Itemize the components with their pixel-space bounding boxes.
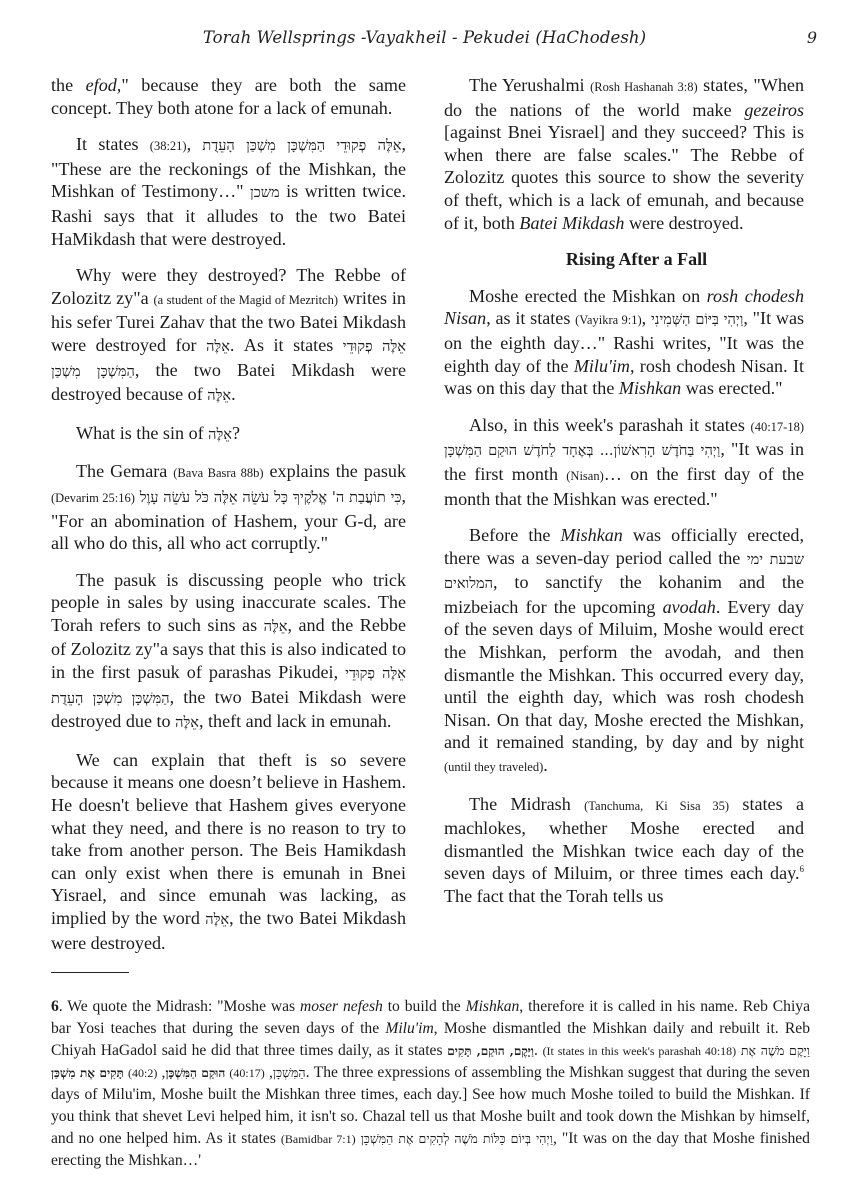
hebrew-quote: וַיְהִי בַּחֹדֶשׁ הָרִאשׁוֹן... בְּאֶחָד… [444, 443, 720, 459]
text: The fact that the Torah tells us [444, 886, 663, 906]
paragraph: We can explain that theft is so severe b… [51, 749, 406, 954]
italic-term: Mishkan [619, 378, 681, 398]
text: . [543, 755, 548, 775]
hebrew-word: אֵלֶּה [264, 619, 288, 635]
text: . [231, 384, 236, 404]
hebrew-quote: הוּקַם הַמִּשְׁכָּן [165, 1066, 225, 1080]
hebrew-word: אֵלֶּה [175, 715, 199, 731]
paragraph: It states (38:21), אֵלֶּה פְקוּדֵי הַמִּ… [51, 133, 406, 250]
hebrew-quote: אֵלֶּה פְקוּדֵי הַמִּשְׁכָּן מִשְׁכַּן ה… [202, 138, 401, 154]
right-column: The Yerushalmi (Rosh Hashanah 3:8) state… [444, 74, 804, 922]
text: explains the pasuk [264, 461, 406, 481]
text: , as it states [486, 308, 575, 328]
text: . [534, 1042, 543, 1059]
text: Moshe erected the Mishkan on [469, 286, 707, 306]
text: was erected." [681, 378, 782, 398]
footnote-number: 6 [51, 998, 59, 1015]
hebrew-word: אֵלֶּה [206, 339, 230, 355]
italic-term: Milu'im [574, 356, 630, 376]
citation: (Bamidbar 7:1) [281, 1132, 356, 1146]
hebrew-word: אֵלֶּה [207, 388, 231, 404]
citation: (a student of the Magid of Mezritch) [153, 293, 338, 307]
citation: (It states in this week's parashah 40:18… [543, 1044, 737, 1058]
left-column: the efod," because they are both the sam… [51, 74, 406, 968]
paragraph: Why were they destroyed? The Rebbe of Zo… [51, 264, 406, 408]
text: It states [76, 134, 150, 154]
text: ? [232, 423, 240, 443]
text: the [51, 75, 86, 95]
text: were destroyed. [624, 213, 743, 233]
paragraph: The Midrash (Tanchuma, Ki Sisa 35) state… [444, 793, 804, 908]
text: The Yerushalmi [469, 75, 590, 95]
italic-term: efod, [86, 75, 122, 95]
text: , [187, 134, 203, 154]
citation: (40:17) [229, 1066, 264, 1080]
text: . As it states [230, 335, 343, 355]
citation: (40:17-18) [751, 420, 804, 434]
paragraph: The Gemara (Bava Basra 88b) explains the… [51, 460, 406, 554]
citation: (40:2) [128, 1066, 157, 1080]
italic-term: Mishkan [466, 998, 520, 1015]
paragraph: The pasuk is discussing people who trick… [51, 569, 406, 735]
citation: (Vayikra 9:1) [575, 313, 642, 327]
italic-term: avodah [663, 597, 716, 617]
hebrew-word: אֵלֶּה [205, 912, 229, 928]
paragraph: Before the Mishkan was officially erecte… [444, 524, 804, 779]
citation: (Tanchuma, Ki Sisa 35) [584, 799, 729, 813]
text: We can explain that theft is so severe b… [51, 750, 406, 928]
running-header: Torah Wellsprings -Vayakheil - Pekudei (… [0, 28, 849, 52]
citation: (Bava Basra 88b) [173, 466, 263, 480]
footnote-separator [51, 972, 129, 973]
paragraph: Also, in this week's parashah it states … [444, 414, 804, 510]
citation: (38:21) [150, 139, 187, 153]
citation: (until they traveled) [444, 760, 543, 774]
paragraph: Moshe erected the Mishkan on rosh chodes… [444, 285, 804, 400]
text: , theft and lack in emunah. [199, 711, 391, 731]
page-number: 9 [807, 28, 817, 47]
hebrew-quote: וַיָּקֶם, הוּקַם, תָּקִים [447, 1044, 534, 1058]
italic-term: moser nefesh [300, 998, 383, 1015]
text: . We quote the Midrash: "Moshe was [59, 998, 300, 1015]
italic-term: Batei Mikdash [519, 213, 624, 233]
text: The Midrash [469, 794, 584, 814]
header-title: Torah Wellsprings -Vayakheil - Pekudei (… [0, 28, 849, 47]
footnote-6: 6. We quote the Midrash: "Moshe was mose… [51, 996, 810, 1172]
hebrew-quote: וַיְהִי בַּיּוֹם הַשְּׁמִינִי [651, 312, 743, 328]
italic-term: gezeiros [744, 100, 804, 120]
document-page: Torah Wellsprings -Vayakheil - Pekudei (… [0, 0, 849, 1200]
paragraph: The Yerushalmi (Rosh Hashanah 3:8) state… [444, 74, 804, 234]
text: What is the sin of [76, 423, 208, 443]
hebrew-word: משכן [250, 185, 280, 201]
text: Also, in this week's parashah it states [469, 415, 751, 435]
hebrew-quote: תָּקִים אֶת מִשְׁכַּן [51, 1066, 124, 1080]
hebrew-quote: כִּי תוֹעֲבַת ה' אֱלֹקֶיךָ כָּל עֹשֵׂה א… [140, 490, 402, 506]
citation: (Rosh Hashanah 3:8) [590, 80, 698, 94]
hebrew-quote: וַיְהִי בְּיוֹם כַּלּוֹת מֹשֶׁה לְהָקִים… [361, 1131, 553, 1146]
text: Before the [469, 525, 561, 545]
hebrew-word: אֵלֶּה [208, 427, 232, 443]
text: , [642, 308, 651, 328]
text: , [265, 1064, 273, 1081]
italic-term: Milu'im [385, 1020, 433, 1037]
section-heading: Rising After a Fall [444, 248, 804, 271]
citation: (Nisan) [566, 469, 604, 483]
paragraph: the efod," because they are both the sam… [51, 74, 406, 119]
italic-term: Mishkan [561, 525, 623, 545]
paragraph: What is the sin of אֵלֶּה? [51, 422, 406, 447]
citation: (Devarim 25:16) [51, 491, 135, 505]
text: The Gemara [76, 461, 173, 481]
text: to build the [383, 998, 466, 1015]
text: . Every day of the seven days of Miluim,… [444, 597, 804, 753]
footnote-reference[interactable]: 6 [800, 864, 805, 874]
